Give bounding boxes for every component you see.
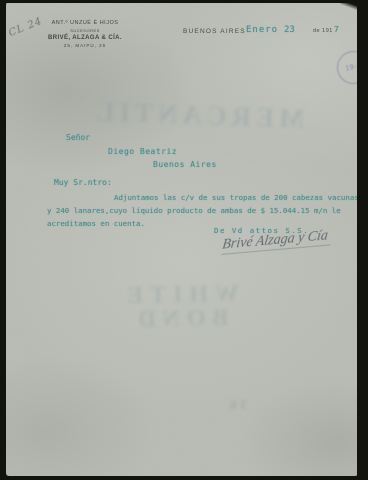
recipient-city: Buenos Aires <box>153 160 217 169</box>
recipient-name: Diego Beatriz <box>108 147 177 156</box>
dateline-year-digit-typed: 7 <box>334 25 339 34</box>
scan-edge-left <box>0 0 6 480</box>
dateline-city: BUENOS AIRES <box>183 28 246 35</box>
greeting: Muy Sr.ntro: <box>54 178 112 187</box>
ghost-bleedthrough-lower-line2: BOND <box>100 305 260 335</box>
dateline-day-typed: 23 <box>284 25 295 35</box>
letterhead-firm-name: ANT.º UNZUÉ É HIJOS <box>40 20 130 26</box>
dateline-month-typed: Enero <box>246 25 278 35</box>
scan-edge-top <box>0 0 368 3</box>
scan-edge-corner <box>340 0 368 14</box>
ghost-bleedthrough-marks: 36 <box>226 397 247 413</box>
body-line: acreditamos en cuenta. <box>47 219 145 228</box>
scan-edge-bottom <box>0 476 368 480</box>
scan-edge-right <box>357 0 368 480</box>
letterhead-address: 25, MAIPÚ, 25 <box>40 43 130 48</box>
letterhead-company: BRIVÉ, ALZAGA & CÍA. <box>40 35 130 41</box>
letterhead-successors: SUCESORES <box>40 28 130 33</box>
letterhead: ANT.º UNZUÉ É HIJOS SUCESORES BRIVÉ, ALZ… <box>40 20 130 48</box>
salutation: Señor <box>66 133 90 142</box>
dateline-year-printed: de 191 <box>313 28 333 34</box>
body-line: y 240 lanares,cuyo líquido producto de a… <box>47 206 341 215</box>
body-line: Adjuntamos las c/v de sus tropas de 200 … <box>114 193 359 202</box>
